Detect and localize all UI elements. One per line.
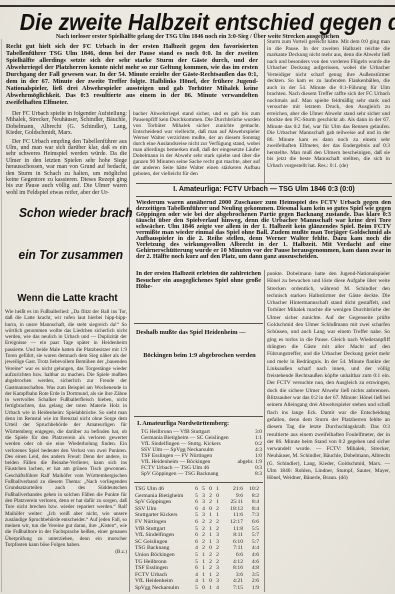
standings-row: TSG Ulm 46 6 5 0 1 21:6 10:2: [135, 486, 262, 493]
article2-subheadline-text: Wenn die Latte kracht: [17, 292, 117, 304]
standings-wins: 2: [200, 539, 207, 546]
standings-team: TSF Esslingen: [135, 565, 193, 572]
standings-team: TSG Ulm 46: [135, 486, 193, 493]
standings-team: FV Nürtingen: [135, 519, 193, 526]
standings-row: Germania Bietigheim 5 3 2 0 9:6 8:2: [135, 493, 262, 500]
standings-row: TG Heilbronn 5 1 2 2 4:12 4:6: [135, 559, 262, 566]
standings-losses: 4: [214, 585, 221, 592]
standings-losses: 2: [214, 545, 221, 552]
section-rule-top: [136, 183, 392, 184]
top-rule: [0, 5, 395, 7]
standings-draws: 1: [207, 526, 214, 533]
match-report-middle-column: In der ersten Halbzeit erlebten die zahl…: [136, 271, 261, 299]
standings-losses: 2: [214, 526, 221, 533]
standings-losses: 1: [214, 499, 221, 506]
left-edge-rule: [1, 39, 2, 592]
standings-losses: 1: [214, 512, 221, 519]
standings-losses: 0: [214, 493, 221, 500]
article1-left-column: Der FC Urbach spielte in folgender Aufst…: [6, 111, 127, 204]
standings-points: 5:5: [243, 526, 259, 533]
standings-games: 6: [193, 506, 200, 513]
standings-row: Union Böckingen 5 1 2 2 6:6 4:6: [135, 552, 262, 559]
standings-team: SpVgg Neckarsulm: [135, 585, 193, 592]
lineup-paragraph: Der FC Urbach spielte in folgender Aufst…: [6, 111, 127, 137]
standings-games: 5: [193, 526, 200, 533]
standings-losses: 3: [214, 578, 221, 585]
column-rule-right-upper: [264, 39, 265, 183]
match-report-intro: Wiederum waren annähernd 2000 Zuschauer …: [136, 200, 391, 266]
standings-points: 8:4: [243, 506, 259, 513]
standings-row: TSG Backnang 4 2 0 2 7:11 4:4: [135, 545, 262, 552]
standings-goals: 11:8: [221, 526, 243, 533]
fixture-teams: SpV Göppingen — TSG Backnang: [141, 471, 218, 477]
standings-losses: 3: [214, 565, 221, 572]
standings-goals: 12:17: [221, 519, 243, 526]
standings-team: VfB Stuttgart: [135, 526, 193, 533]
standings-rule-top: [134, 482, 263, 483]
standings-goals: 18:12: [221, 506, 243, 513]
article2-headline-line1-text: Schon wieder brach: [19, 205, 133, 220]
standings-draws: 1: [207, 585, 214, 592]
standings-goals: 9:6: [221, 493, 243, 500]
standings-draws: 0: [207, 545, 214, 552]
standings-wins: 2: [200, 532, 207, 539]
standings-points: 8:4: [243, 499, 259, 506]
standings-wins: 0: [200, 585, 207, 592]
standings-games: 6: [193, 486, 200, 493]
article2-headline-line1: Schon wieder brach: [0, 205, 152, 220]
standings-wins: 5: [200, 486, 207, 493]
standings-row: FCTV Urbach 4 1 1 2 3:6 3:5: [135, 572, 262, 579]
standings-points: 10:2: [243, 486, 259, 493]
standings-games: 5: [193, 559, 200, 566]
standings-games: 6: [193, 519, 200, 526]
standings-row: VfB Stuttgart 5 2 1 2 11:8 5:5: [135, 526, 262, 533]
standings-games: 5: [193, 552, 200, 559]
main-headline: Die zweite Halbzeit entschied gegen den …: [0, 10, 395, 34]
standings-wins: 3: [200, 512, 207, 519]
photo-caption-line2: Böckingen beim 1:9 abgebrochen werden: [136, 352, 263, 359]
standings-games: 4: [193, 545, 200, 552]
standings-losses: 2: [214, 506, 221, 513]
article2-subheadline: Wenn die Latte kracht: [2, 292, 132, 304]
standings-team: SpV Göppingen: [135, 499, 193, 506]
photo-caption-line1: Deshalb mußte das Spiel Heidenheim —: [136, 329, 263, 336]
standings-losses: 3: [214, 532, 221, 539]
match-report-header: I. Amateurliga: FCTV Urbach — TSG Ulm 18…: [136, 186, 392, 193]
standings-goals: 4:21: [221, 578, 243, 585]
standings-team: VfL Sindelfingen: [135, 532, 193, 539]
standings-points: 7:3: [243, 512, 259, 519]
standings-team: FCTV Urbach: [135, 572, 193, 579]
standings-team: Union Böckingen: [135, 552, 193, 559]
match-report-right-column: punkte. Dobelmann hatte den Jugend-Natio…: [267, 271, 390, 592]
standings-wins: 3: [200, 493, 207, 500]
standings-wins: 1: [200, 559, 207, 566]
standings-row: SC Geislingen 6 2 1 3 6:10 5:7: [135, 539, 262, 546]
standings-draws: 1: [207, 572, 214, 579]
standings-wins: 1: [200, 572, 207, 579]
standings-wins: 3: [200, 499, 207, 506]
standings-games: 6: [193, 539, 200, 546]
standings-draws: 2: [207, 565, 214, 572]
standings-losses: 3: [214, 539, 221, 546]
standings-games: 5: [193, 493, 200, 500]
standings-goals: 6:10: [221, 539, 243, 546]
standings-games: 4: [193, 578, 200, 585]
standings-row: Stuttgarter Kickers 5 3 1 1 11:6 7:3: [135, 512, 262, 519]
standings-draws: 2: [207, 559, 214, 566]
article2-signoff: (B.z.): [5, 549, 127, 555]
standings-games: 5: [193, 585, 200, 592]
standings-points: 6:6: [243, 519, 259, 526]
standings-draws: 1: [207, 539, 214, 546]
standings-row: SpVgg Neckarsulm 5 0 1 4 7:15 1:9: [135, 585, 262, 592]
standings-team: TG Heilbronn: [135, 559, 193, 566]
newspaper-page: Die zweite Halbzeit entschied gegen den …: [0, 0, 395, 594]
standings-wins: 1: [200, 578, 207, 585]
column-rule-right-lower: [264, 270, 265, 592]
standings-team: SC Geislingen: [135, 539, 193, 546]
standings-goals: 7:11: [221, 545, 243, 552]
fixture-score: 8:3: [255, 471, 262, 477]
standings-wins: 4: [200, 506, 207, 513]
standings-row: SSV Ulm 6 4 0 2 18:12 8:4: [135, 506, 262, 513]
standings-points: 1:9: [243, 585, 259, 592]
standings-draws: 0: [207, 486, 214, 493]
standings-games: 5: [193, 512, 200, 519]
results-title: I. Amateurliga Nordwürttemberg:: [137, 420, 263, 427]
standings-points: 4:6: [243, 559, 259, 566]
standings-goals: 4:12: [221, 559, 243, 566]
article2-headline-line2: ein Tor zusammen: [0, 247, 142, 262]
standings-losses: 2: [214, 519, 221, 526]
standings-goals: 7:15: [221, 585, 243, 592]
article2-headline-line2-text: ein Tor zusammen: [19, 247, 124, 262]
standings-points: 3:5: [243, 572, 259, 579]
standings-draws: 2: [207, 519, 214, 526]
standings-row: SpV Göppingen 6 3 2 1 25:11 8:4: [135, 499, 262, 506]
standings-team: Germania Bietigheim: [135, 493, 193, 500]
standings-wins: 2: [200, 545, 207, 552]
standings-draws: 2: [207, 493, 214, 500]
standings-goals: 8:11: [221, 532, 243, 539]
article2-body-text: Wie heißt es im Fußballerlied: „Da flitz…: [5, 309, 127, 548]
standings-draws: 2: [207, 499, 214, 506]
standings-team: Stuttgarter Kickers: [135, 512, 193, 519]
standings-row: FV Nürtingen 6 2 2 2 12:17 6:6: [135, 519, 262, 526]
main-headline-text: Die zweite Halbzeit entschied gegen den …: [20, 10, 395, 34]
standings-draws: 0: [207, 506, 214, 513]
standings-draws: 1: [207, 532, 214, 539]
article1-right-column: Sturm zum Vorteil gereicht hätte. Mit de…: [267, 39, 390, 184]
standings-goals: 6:6: [221, 552, 243, 559]
standings-games: 6: [193, 499, 200, 506]
standings-wins: 1: [200, 565, 207, 572]
standings-draws: 1: [207, 512, 214, 519]
standings-losses: 2: [214, 572, 221, 579]
article2-body-column: Wie heißt es im Fußballerlied: „Da flitz…: [5, 309, 127, 585]
standings-goals: 8:16: [221, 565, 243, 572]
standings-games: 4: [193, 572, 200, 579]
standings-draws: 0: [207, 578, 214, 585]
standings-losses: 1: [214, 486, 221, 493]
body-paragraph: Der FC Urbach empfing den Tabellenführer…: [6, 139, 127, 197]
standings-row: VfL Heidenheim 4 1 0 3 4:21 2:6: [135, 578, 262, 585]
caption-rule: [134, 323, 263, 324]
standings-points: 2:6: [243, 578, 259, 585]
standings-losses: 2: [214, 559, 221, 566]
standings-losses: 2: [214, 552, 221, 559]
standings-points: 5:7: [243, 539, 259, 546]
standings-points: 4:6: [243, 552, 259, 559]
standings-points: 8:2: [243, 493, 259, 500]
standings-wins: 2: [200, 526, 207, 533]
standings-goals: 11:6: [221, 512, 243, 519]
standings-team: TSG Backnang: [135, 545, 193, 552]
standings-goals: 3:6: [221, 572, 243, 579]
standings-games: 6: [193, 532, 200, 539]
standings-games: 6: [193, 565, 200, 572]
standings-points: 5:7: [243, 532, 259, 539]
standings-goals: 25:11: [221, 499, 243, 506]
standings-team: VfL Heidenheim: [135, 578, 193, 585]
standings-points: 4:4: [243, 545, 259, 552]
lead-paragraph: Recht gut hielt sich der FC Urbach in de…: [6, 43, 258, 107]
standings-row: VfL Sindelfingen 6 2 1 3 8:11 5:7: [135, 532, 262, 539]
standings-table: TSG Ulm 46 6 5 0 1 21:6 10:2 Germania Bi…: [135, 486, 262, 592]
article1-middle-column: bacher Abwehrriegel stand sicher, und es…: [133, 111, 260, 184]
fixture-row: SpV Göppingen — TSG Backnang 8:3: [141, 471, 262, 477]
column-rule-left: [129, 110, 130, 592]
standings-team: SSV Ulm: [135, 506, 193, 513]
standings-draws: 2: [207, 552, 214, 559]
standings-row: TSF Esslingen 6 1 2 3 8:16 4:8: [135, 565, 262, 572]
fixtures-list: TG Heilbronn — VfB Stuttgart 3:0 Germani…: [141, 429, 262, 477]
standings-goals: 21:6: [221, 486, 243, 493]
section-rule-bottom: [136, 196, 392, 197]
results-rule-top: [134, 416, 263, 417]
standings-points: 4:8: [243, 565, 259, 572]
standings-wins: 1: [200, 552, 207, 559]
standings-wins: 2: [200, 519, 207, 526]
